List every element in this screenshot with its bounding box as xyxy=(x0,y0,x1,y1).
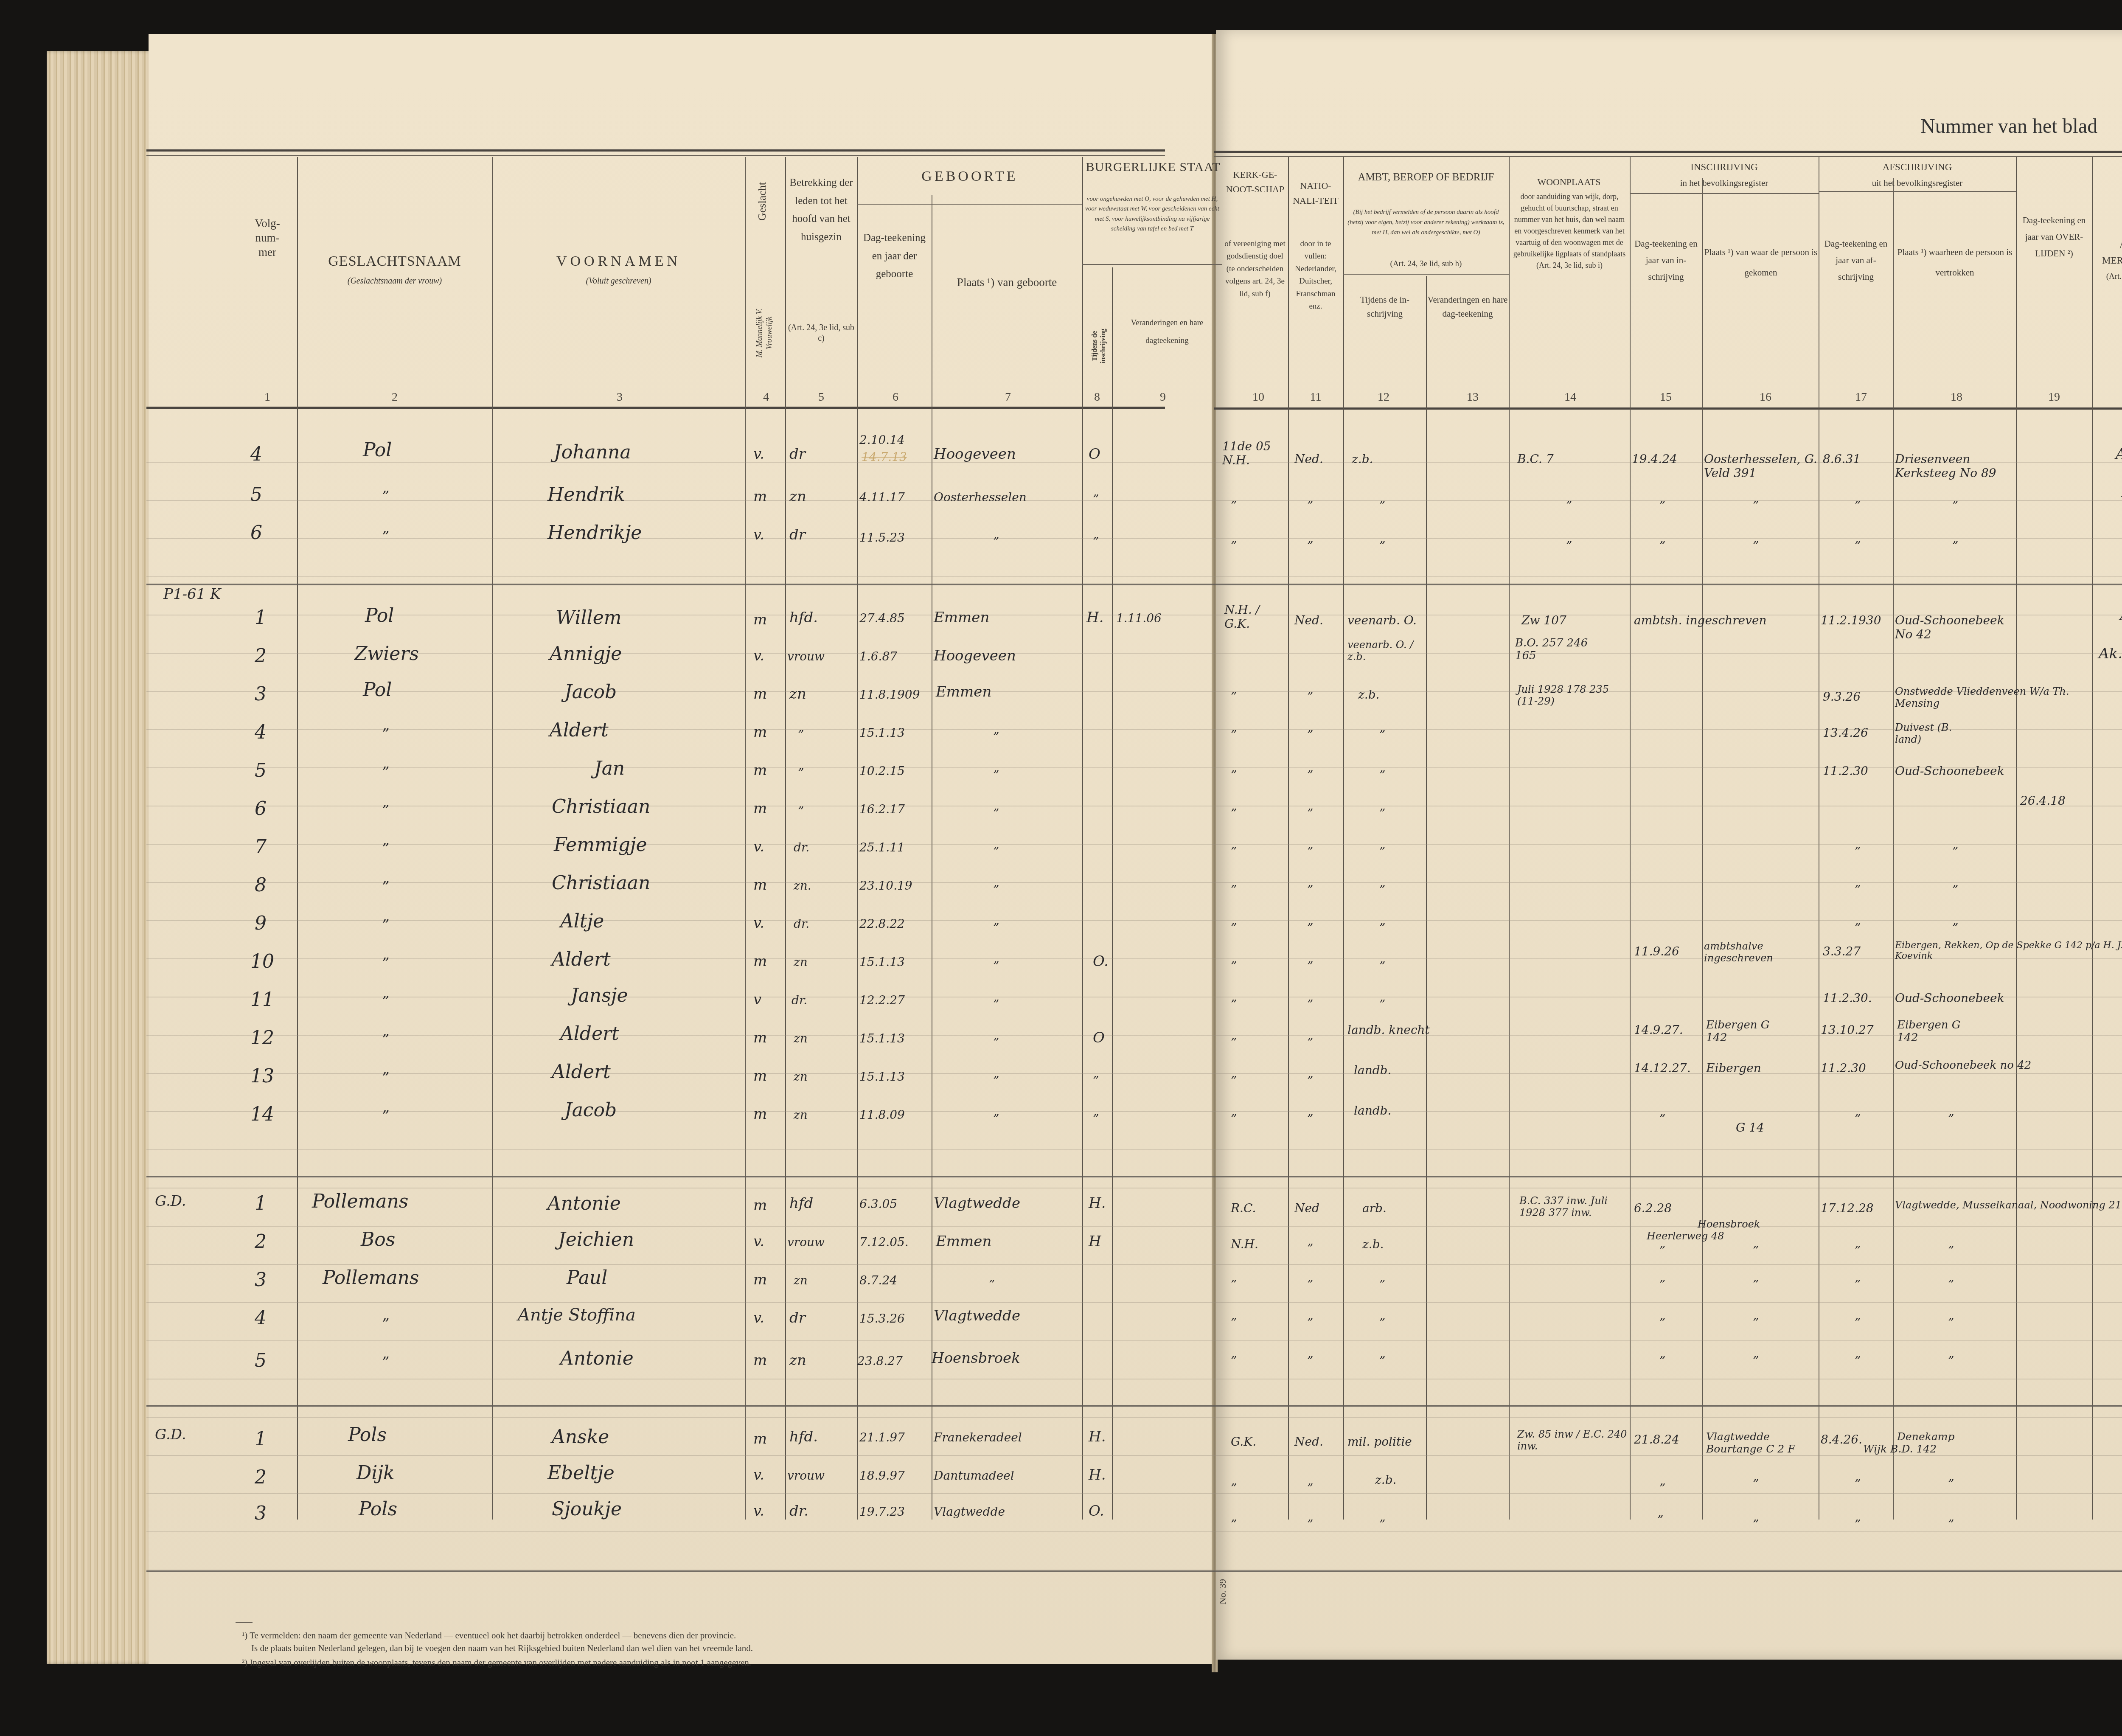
cell-afschr-plaats: ” xyxy=(1952,921,1958,935)
cell-natio: Ned xyxy=(1294,1201,1319,1215)
hdr-burg-verand: Veranderingen en hare dagteekening xyxy=(1114,314,1220,350)
cell-given: Aldert xyxy=(552,949,611,970)
cell-kerk: ” xyxy=(1231,997,1237,1011)
cell-afschr-plaats: ” xyxy=(1952,883,1958,897)
cell-surname: Pollemans xyxy=(323,1267,419,1289)
cell-sex: m xyxy=(753,611,767,628)
cell-ambt: z.b. xyxy=(1375,1473,1396,1487)
cell-inschr-plaats: Oosterhesselen, G. Veld 391 xyxy=(1704,452,1819,480)
page-stack-left xyxy=(47,51,153,1664)
cell-kerk: ” xyxy=(1231,728,1237,742)
cell-place: Hoogeveen xyxy=(934,446,1016,463)
cell-sex: m xyxy=(753,724,767,741)
cell-civil: H. xyxy=(1089,1428,1106,1445)
cell-inschr-dag: ” xyxy=(1659,499,1665,513)
cell-natio: ” xyxy=(1307,539,1313,553)
hdr-afschr-dag: Dag-teekening en jaar van af-schrijving xyxy=(1820,236,1892,285)
cell-ambt: veenarb. O. / z.b. xyxy=(1347,639,1424,663)
cell-place: ” xyxy=(993,845,999,859)
hdr-ambt-verand: Veranderingen en hare dag-teekening xyxy=(1427,293,1508,320)
cell-natio: Ned. xyxy=(1294,1435,1323,1449)
cell-surname: ” xyxy=(382,955,389,972)
cell-civil: H. xyxy=(1086,609,1103,626)
cell-afschr-plaats: ” xyxy=(1948,1316,1954,1330)
burgstaat-subrule xyxy=(1082,264,1222,265)
cell-sex: m xyxy=(753,1106,767,1123)
cell-nr: 13 xyxy=(250,1065,274,1087)
cell-sex: v. xyxy=(753,1503,764,1520)
cell-civil: O xyxy=(1089,446,1100,463)
cell-inschr-dag: 19.4.24 xyxy=(1632,452,1677,466)
cell-natio: ” xyxy=(1307,1354,1313,1368)
hdr-overlijden: Dag-teekening en jaar van OVER-LIJDEN ²) xyxy=(2017,212,2091,262)
colnum-10: 10 xyxy=(1246,390,1271,404)
hdr-geslacht-sub: M. Mannelijk V. Vrouwelijk xyxy=(755,297,774,369)
cell-place: ” xyxy=(993,883,999,897)
colnum-13: 13 xyxy=(1460,390,1485,404)
cell-afschr-dag: 17.12.28 xyxy=(1821,1201,1874,1215)
cell-birth: 15.1.13 xyxy=(859,1070,905,1084)
hdr-afschr-plaats: Plaats ¹) waarheen de persoon is vertrok… xyxy=(1895,242,2015,283)
cell-afschr-dag: 3.3.27 xyxy=(1823,944,1861,958)
cell-afschr-plaats: Oud-Schoonebeek No 42 xyxy=(1895,613,2014,641)
cell-woon: B.C. 337 inw. Juli 1928 377 inw. xyxy=(1519,1195,1630,1219)
cell-sex: v. xyxy=(753,526,764,543)
cell-overl: 26.4.18 xyxy=(2020,794,2066,808)
cell-civil: ” xyxy=(1093,492,1099,506)
cell-rel: hfd. xyxy=(789,609,818,626)
afschr-subrule xyxy=(1819,191,2016,192)
cell-given: Aldert xyxy=(560,1023,619,1045)
cell-inschr-dag: ambtsh. ingeschreven xyxy=(1634,613,1767,627)
cell-inschr-plaats: Eibergen xyxy=(1706,1061,1761,1075)
cell-afschr-dag: 11.2.1930 xyxy=(1821,613,1881,627)
cell-nr: 9 xyxy=(255,913,267,934)
cell-inschr-plaats: ” xyxy=(1753,1354,1759,1368)
cell-given: Antonie xyxy=(547,1193,621,1214)
cell-ambt: ” xyxy=(1379,1316,1385,1330)
cell-woon: Zw 107 xyxy=(1521,613,1566,627)
hdr-ambt-art: (Art. 24, 3e lid, sub h) xyxy=(1347,259,1504,269)
cell-sex: v. xyxy=(753,1233,764,1250)
cell-civil: H xyxy=(1089,1233,1101,1250)
hdr-geboorte-dag: Dag-teekening en jaar der geboorte xyxy=(859,229,929,284)
hdr-nationaliteit-sub: door in te vullen: Nederlander, Duitsche… xyxy=(1289,238,1342,313)
colnum-16: 16 xyxy=(1753,390,1778,404)
cell-inschr-dag: ” xyxy=(1659,1278,1665,1292)
cell-kerk: ” xyxy=(1231,1316,1237,1330)
cell-ambt: z.b. xyxy=(1352,452,1373,466)
cell-ambt: mil. politie xyxy=(1347,1435,1412,1449)
cell-kerk: N.H. xyxy=(1231,1237,1258,1251)
cell-surname: ” xyxy=(382,993,389,1010)
cell-natio: ” xyxy=(1307,1112,1313,1126)
cell-nr: 4 xyxy=(255,722,267,743)
cell-woon: B.C. 7 xyxy=(1517,452,1554,466)
hdr-ambt-sub: (Bij het bedrijf vermelden of de persoon… xyxy=(1347,207,1504,238)
cell-inschr-dag: 14.9.27. xyxy=(1634,1023,1683,1037)
cell-natio: ” xyxy=(1307,1278,1313,1292)
cell-inschr-plaats: ” xyxy=(1753,1477,1759,1491)
cell-ambt: ” xyxy=(1379,728,1385,742)
cell-ambt: landb. xyxy=(1354,1063,1391,1077)
cell-kerk: ” xyxy=(1231,883,1237,897)
cell-natio: ” xyxy=(1307,883,1313,897)
cell-kerk: ” xyxy=(1231,1354,1237,1368)
cell-given: Jansje xyxy=(571,985,628,1006)
header-top-rule-left xyxy=(146,149,1165,152)
cell-inschr-plaats: ambtshalve ingeschreven xyxy=(1704,940,1819,964)
cell-afschr-dag: 13.10.27 xyxy=(1821,1023,1874,1037)
cell-rel: zn xyxy=(794,955,808,969)
hdr-inschrijving: INSCHRIJVING xyxy=(1630,161,1819,174)
cell-surname: ” xyxy=(382,879,389,896)
cell-natio: ” xyxy=(1307,806,1313,820)
cell-inschr-dag: ” xyxy=(1659,539,1665,553)
cell-place: Oosterhesselen xyxy=(934,490,1027,504)
cell-kerk: ” xyxy=(1231,539,1237,553)
cell-nr: 6 xyxy=(255,798,267,820)
cell-sex: m xyxy=(753,800,767,817)
cell-inschr-dag: 14.12.27. xyxy=(1634,1061,1691,1075)
cell-kerk: ” xyxy=(1231,499,1237,513)
cell-kerk: ” xyxy=(1231,806,1237,820)
cell-surname: ” xyxy=(382,1108,389,1125)
cell-surname: ” xyxy=(382,917,389,934)
cell-ambt: ” xyxy=(1379,997,1385,1011)
cell-rel: dr xyxy=(789,446,806,463)
footnote-1a: ¹) Te vermelden: den naam der gemeente v… xyxy=(242,1629,736,1642)
cell-natio: ” xyxy=(1307,1316,1313,1330)
cell-given: Ebeltje xyxy=(547,1462,615,1484)
cell-natio: ” xyxy=(1307,959,1313,973)
colnum-2: 2 xyxy=(382,390,407,404)
hdr-burgerlijke-staat: BURGERLIJKE STAAT xyxy=(1083,159,1223,175)
hdr-burg-tijdens: Tijdens de inschrijving xyxy=(1091,314,1108,378)
cell-inschr-dag: 11.9.26 xyxy=(1634,944,1679,958)
cell-afschr-dag: ” xyxy=(1855,499,1861,513)
cell-rel: vrouw xyxy=(787,1469,825,1483)
cell-sex: m xyxy=(753,1197,767,1214)
cell-woon: ” xyxy=(1566,499,1572,513)
cell-natio: ” xyxy=(1307,728,1313,742)
cell-nr: 12 xyxy=(250,1027,274,1049)
cell-birth: 1.6.87 xyxy=(859,649,897,663)
family-separator xyxy=(146,1176,2122,1177)
cell-kerk: N.H. / G.K. xyxy=(1224,603,1284,631)
cell-kerk: 11de 05 N.H. xyxy=(1222,439,1286,467)
cell-afschr-plaats: Vlagtwedde, Mussel­kanaal, Noodwoning 21… xyxy=(1895,1199,2122,1211)
hdr-aanmerkingen-sub: (Art. 24, 5e lid) xyxy=(2093,272,2122,282)
cell-afschr-plaats: Denekamp Wijk B.D. 142 xyxy=(1863,1430,1956,1455)
cell-rel: zn xyxy=(794,1070,808,1084)
cell-inschr-dag: ” xyxy=(1659,1316,1665,1330)
cell-nr: 10 xyxy=(250,951,274,972)
cell-kerk: ” xyxy=(1231,1481,1237,1495)
cell-afschr-plaats: Driesenveen Kerksteeg No 89 xyxy=(1895,452,2022,480)
cell-afschr-plaats: Eibergen G 142 xyxy=(1897,1019,1961,1044)
cell-birth: 11.5.23 xyxy=(859,531,905,545)
cell-inschr-dag: ” xyxy=(1657,1513,1663,1527)
cell-place: Vlagtwedde xyxy=(934,1307,1020,1324)
cell-afschr-dag: ” xyxy=(1855,1517,1861,1531)
cell-aanm: ACC xyxy=(2120,607,2122,624)
cell-surname: Bos xyxy=(361,1229,395,1250)
cell-afschr-dag: 13.4.26 xyxy=(1823,726,1868,740)
cell-surname: Dijk xyxy=(356,1462,395,1484)
hdr-kerkgenootschap-sub: of vereeniging met godsdienstig doel (te… xyxy=(1223,238,1287,300)
cell-place: Hoensbroek xyxy=(932,1350,1020,1367)
header-top-rule-right xyxy=(1214,151,2122,153)
cell-place: ” xyxy=(993,997,999,1011)
cell-woon: Juli 1928 178 235 (11-29) xyxy=(1517,683,1628,707)
cell-sex: m xyxy=(753,1352,767,1369)
margin-annotation: G.D. xyxy=(155,1426,186,1443)
cell-given: Antonie xyxy=(560,1348,634,1369)
cell-afschr-plaats: Duivest (B. land) xyxy=(1895,722,1980,745)
cell-inschr-plaats: ” xyxy=(1753,1278,1759,1292)
footnote-2: ²) Ingeval van overlijden buiten de woon… xyxy=(242,1656,751,1669)
cell-rel: ” xyxy=(798,766,804,780)
cell-given: Willem xyxy=(556,607,621,629)
cell-surname: Pollemans xyxy=(312,1191,408,1212)
cell-surname: Pol xyxy=(363,439,392,461)
hdr-geslachtsnaam: GESLACHTSNAAM xyxy=(297,253,492,271)
cell-kerk: ” xyxy=(1231,768,1237,782)
cell-given: Jeichien xyxy=(558,1229,634,1250)
colnum-7: 7 xyxy=(995,390,1021,404)
cell-natio: ” xyxy=(1307,845,1313,859)
cell-given: Sjoukje xyxy=(552,1498,622,1520)
cell-ambt: z.b. xyxy=(1358,688,1379,702)
cell-surname: ” xyxy=(382,528,389,545)
cell-birth: 23.8.27 xyxy=(857,1354,903,1368)
cell-rel: hfd. xyxy=(789,1428,818,1445)
colnum-6: 6 xyxy=(883,390,908,404)
cell-sex: m xyxy=(753,953,767,970)
cell-nr: 11 xyxy=(250,989,274,1011)
cell-aanm: Ak. ACC. xyxy=(2099,645,2122,662)
cell-afschr-dag: ” xyxy=(1855,539,1861,553)
cell-natio: ” xyxy=(1307,1074,1313,1088)
cell-ambt: landb. knecht xyxy=(1347,1023,1430,1037)
cell-birth: 19.7.23 xyxy=(859,1505,905,1519)
cell-birth: 16.2.17 xyxy=(859,802,905,816)
cell-afschr-dag: 11.2.30. xyxy=(1823,991,1872,1005)
cell-sex: v. xyxy=(753,1309,764,1326)
hdr-voornamen: VOORNAMEN xyxy=(492,253,745,271)
header-top-rule2-left xyxy=(146,155,1165,156)
cell-civil-change: 1.11.06 xyxy=(1116,611,1162,625)
cell-ambt: ” xyxy=(1379,806,1385,820)
cell-surname: ” xyxy=(382,1316,389,1333)
cell-civil: ” xyxy=(1093,535,1099,549)
cell-sex: v. xyxy=(753,838,764,855)
cell-given: Christiaan xyxy=(552,796,650,817)
cell-rel: ” xyxy=(798,728,804,742)
cell-natio: ” xyxy=(1307,499,1313,513)
cell-birth: 7.12.05. xyxy=(859,1235,909,1249)
cell-place: Emmen xyxy=(936,683,991,700)
cell-rel: zn xyxy=(794,1108,808,1122)
cell-afschr-dag: ” xyxy=(1855,1354,1861,1368)
cell-civil: O. xyxy=(1093,953,1109,970)
cell-birth: 4.11.17 xyxy=(859,490,905,504)
cell-surname: ” xyxy=(382,1070,389,1087)
hdr-ambt: AMBT, BEROEP OF BEDRIJF xyxy=(1343,168,1509,187)
cell-place: ” xyxy=(993,1074,999,1088)
cell-civil: H. xyxy=(1089,1195,1106,1212)
cell-civil: ” xyxy=(1093,1112,1099,1126)
cell-sex: m xyxy=(753,1271,767,1288)
cell-rel: zn. xyxy=(794,879,811,893)
cell-given: Aldert xyxy=(550,719,609,741)
cell-rel: vrouw xyxy=(787,649,825,663)
cell-afschr-plaats: Oud-Schoonebeek xyxy=(1895,764,2004,778)
geboorte-subrule xyxy=(857,204,1082,205)
cell-rel: zn xyxy=(794,1273,808,1287)
cell-birth: 12.2.27 xyxy=(859,993,905,1007)
colnum-1: 1 xyxy=(255,390,280,404)
cell-kerk: ” xyxy=(1231,921,1237,935)
cell-afschr-dag: ” xyxy=(1855,1112,1861,1126)
cell-place: ” xyxy=(993,730,999,744)
cell-ambt: arb. xyxy=(1362,1201,1387,1215)
hdr-ambt-tijdens: Tijdens de in-schrijving xyxy=(1344,293,1425,320)
cell-place: Emmen xyxy=(936,1233,991,1250)
hdr-aanmerkingen: AAN-MERKINGEN xyxy=(2093,238,2122,268)
colnum-19: 19 xyxy=(2041,390,2067,404)
cell-natio: ” xyxy=(1307,768,1313,782)
cell-given: Hendrikje xyxy=(547,522,642,544)
cell-surname: ” xyxy=(382,488,389,505)
cell-natio: ” xyxy=(1307,1481,1313,1495)
cell-surname: ” xyxy=(382,840,389,857)
cell-birth: 6.3.05 xyxy=(859,1197,897,1211)
cell-inschr-plaats: Eibergen G 142 xyxy=(1706,1019,1770,1044)
cell-rel: dr xyxy=(789,1309,806,1326)
cell-place: Dantumadeel xyxy=(934,1469,1014,1483)
cell-rel: zn xyxy=(789,488,806,505)
cell-nr: 7 xyxy=(255,836,267,858)
colnum-4: 4 xyxy=(753,390,779,404)
cell-ambt: ” xyxy=(1379,845,1385,859)
hdr-volgnummer: Volg- num- mer xyxy=(238,216,297,259)
cell-natio: ” xyxy=(1307,1036,1313,1050)
cell-afschr-plaats: ” xyxy=(1952,539,1958,553)
cell-sex: m xyxy=(753,1067,767,1084)
cell-civil: ” xyxy=(1093,1074,1099,1088)
cell-woon: Zw. 85 inw / E.C. 240 inw. xyxy=(1517,1428,1628,1452)
cell-given: Paul xyxy=(567,1267,607,1289)
form-number: No. 39 xyxy=(1217,1579,1228,1604)
cell-afschr-plaats: ” xyxy=(1948,1517,1954,1531)
cell-nr: 3 xyxy=(255,1269,267,1291)
cell-inschr-dag: ” xyxy=(1659,1354,1665,1368)
cell-surname: Pols xyxy=(348,1424,387,1446)
hdr-geslacht: Geslacht xyxy=(755,170,769,233)
cell-nr: 1 xyxy=(255,607,267,629)
cell-rel: zn xyxy=(794,1031,808,1045)
sheet-label: Nummer van het blad xyxy=(1920,115,2097,138)
cell-afschr-dag: ” xyxy=(1855,1477,1861,1491)
cell-nr: 6 xyxy=(250,522,262,544)
cell-ambt: veenarb. O. xyxy=(1347,613,1417,627)
cell-kerk: ” xyxy=(1231,959,1237,973)
cell-nr: 2 xyxy=(255,1466,267,1488)
cell-nr: 5 xyxy=(250,484,262,506)
cell-sex: v. xyxy=(753,1466,764,1483)
cell-nr: 4 xyxy=(250,444,262,465)
colnum-3: 3 xyxy=(607,390,632,404)
cell-nr: 3 xyxy=(255,1503,267,1524)
cell-rel: zn xyxy=(789,685,806,702)
cell-afschr-dag: 11.2.30 xyxy=(1821,1061,1866,1075)
cell-surname: Pols xyxy=(359,1498,397,1520)
cell-afschr-plaats: ” xyxy=(1952,845,1958,859)
cell-afschr-dag: ” xyxy=(1855,921,1861,935)
cell-place: ” xyxy=(993,959,999,973)
cell-afschr-plaats: Oud-Schoonebeek no 42 xyxy=(1895,1059,2107,1072)
cell-inschr-plaats: G 14 xyxy=(1736,1121,1764,1135)
family-separator xyxy=(146,1405,2122,1407)
cell-sex: v xyxy=(753,991,761,1008)
cell-birth: 8.7.24 xyxy=(859,1273,897,1287)
cell-place: ” xyxy=(993,535,999,549)
hdr-afschrijving: AFSCHRIJVING xyxy=(1819,161,2016,174)
cell-natio: ” xyxy=(1307,690,1313,704)
cell-given: Annigje xyxy=(550,643,622,665)
cell-nr: 5 xyxy=(255,760,267,781)
cell-birth: 22.8.22 xyxy=(859,917,905,931)
cell-rel: vrouw xyxy=(787,1235,825,1249)
cell-rel: hfd xyxy=(789,1195,813,1212)
header-bottom-rule-left xyxy=(146,407,1165,409)
cell-kerk: ” xyxy=(1231,1036,1237,1050)
cell-place: ” xyxy=(989,1278,995,1292)
cell-nr: 1 xyxy=(255,1193,267,1214)
cell-inschr-plaats: ” xyxy=(1753,1517,1759,1531)
cell-inschr-dag: ” xyxy=(1659,1244,1665,1258)
cell-natio: ” xyxy=(1307,1242,1313,1256)
cell-surname: Zwiers xyxy=(354,643,419,665)
cell-aanm: ACC. xyxy=(2116,446,2122,463)
cell-sex: m xyxy=(753,1430,767,1447)
cell-sex: m xyxy=(753,1029,767,1046)
cell-given: Jan xyxy=(594,758,625,779)
cell-inschr-plaats: ” xyxy=(1753,1244,1759,1258)
cell-afschr-dag: 8.6.31 xyxy=(1823,452,1861,466)
cell-place: ” xyxy=(993,1036,999,1050)
cell-birth: 15.3.26 xyxy=(859,1312,905,1326)
colnum-9: 9 xyxy=(1150,390,1176,404)
cell-birth: 15.1.13 xyxy=(859,726,905,740)
cell-ambt: z.b. xyxy=(1362,1237,1384,1251)
cell-kerk: ” xyxy=(1231,1278,1237,1292)
cell-inschr-dag: ” xyxy=(1659,1481,1665,1495)
cell-afschr-plaats: ” xyxy=(1948,1278,1954,1292)
cell-place: ” xyxy=(993,806,999,820)
cell-surname: Pol xyxy=(365,605,394,626)
hdr-burgerlijke-staat-sub: voor ongehuwden met O, voor de gehuwden … xyxy=(1084,194,1220,234)
colnum-11: 11 xyxy=(1303,390,1328,404)
cell-rel: dr. xyxy=(789,1503,808,1520)
cell-given: Altje xyxy=(560,910,604,932)
cell-rel: zn xyxy=(789,1352,806,1369)
cell-natio: Ned. xyxy=(1294,613,1323,627)
cell-nr: 3 xyxy=(255,683,267,705)
cell-afschr-plaats: Oud-Schoonebeek xyxy=(1895,991,2004,1005)
